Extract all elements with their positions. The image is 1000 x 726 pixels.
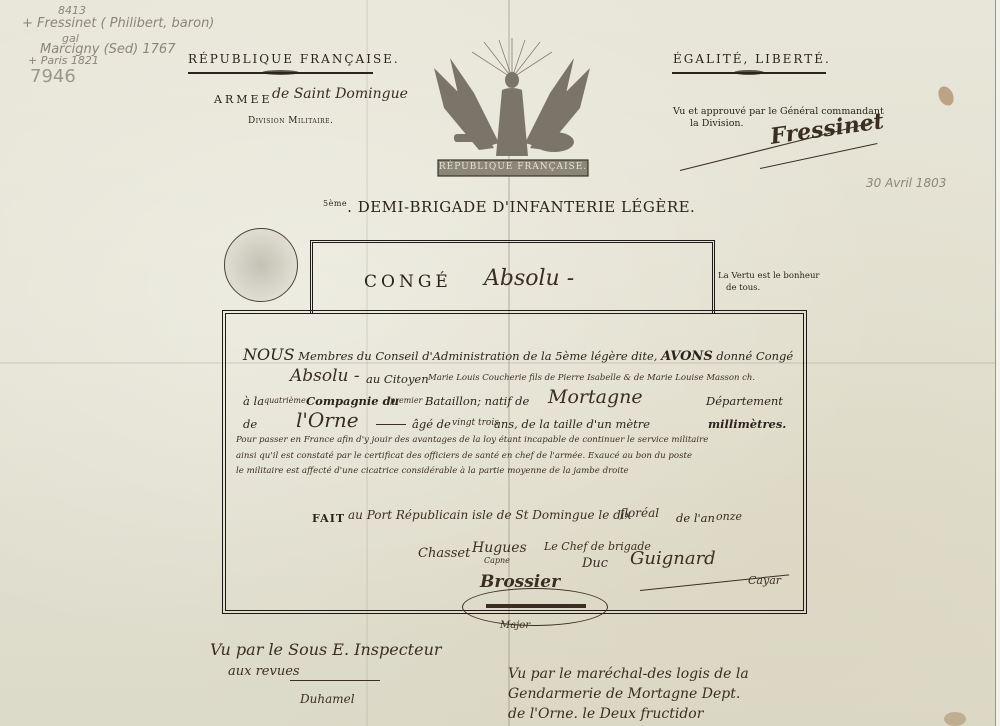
unit-number: 5ème [323,199,347,208]
document-paper: 8413 + Fressinet ( Philibert, baron) gal… [0,0,1000,726]
avons-word: AVONS [661,349,713,364]
absolu-handwritten: Absolu - [290,366,360,386]
taille-label: ans, de la taille d'un mètre [494,417,650,431]
citizen-name-handwritten: Marie Louis Coucherie fils de Pierre Isa… [428,373,755,383]
reason-line-2: ainsi qu'il est constaté par le certific… [236,451,692,461]
bataillon-label: Bataillon; natif de [425,394,529,408]
motto-line-2: de tous. [726,283,760,293]
archive-name: + Fressinet ( Philibert, baron) [22,16,214,31]
de-label: de [243,417,257,431]
liberty-figure-icon [424,38,600,178]
de-lan-label: de l'an [676,511,715,525]
au-citoyen-label: au Citoyen [366,372,429,386]
conge-type-handwritten: Absolu - [484,266,574,291]
departement-label: Département [706,394,783,408]
ink-stain [944,712,966,726]
official-seal [224,228,298,302]
intro-text: Membres du Conseil d'Administration de l… [298,349,657,363]
armee-label: ARMEE [214,93,273,106]
approval-line-2: la Division. [690,118,744,129]
signature-5: Guignard [630,548,716,569]
reason-line-1: Pour passer en France afin d'y jouir des… [236,435,708,445]
compagnie-label: Compagnie du [306,394,399,408]
millimetres-label: millimètres. [708,417,786,431]
motto-line-1: La Vertu est le bonheur [718,271,820,281]
company-handwritten: quatrième [264,396,306,405]
department-handwritten: l'Orne [296,408,359,432]
conge-label: CONGÉ [364,272,452,292]
archive-date-note: 30 Avril 1803 [866,176,946,190]
annotation-right-line-2: Gendarmerie de Mortagne Dept. [508,686,740,702]
battalion-handwritten: premier [390,396,422,405]
unit-title: 5ème. DEMI-BRIGADE D'INFANTERIE LÉGÈRE. [323,198,695,216]
unit-title-text: . DEMI-BRIGADE D'INFANTERIE LÉGÈRE. [347,198,695,216]
donne-text: donné Congé [716,349,793,363]
body-line-1: NOUS Membres du Conseil d'Administration… [243,345,793,364]
a-la-label: à la [243,394,264,408]
division-label: Division Militaire. [248,116,333,126]
native-place-handwritten: Mortagne [548,386,643,408]
age-handwritten: vingt trois [452,418,499,428]
fait-month-handwritten: floréal [620,506,659,520]
signature-1: Chasset [418,546,470,561]
emblem-caption: RÉPUBLIQUE FRANÇAISE. [438,162,588,172]
reason-line-3: le militaire est affecté d'une cicatrice… [236,466,629,476]
header-left-title: RÉPUBLIQUE FRANÇAISE. [188,52,400,66]
signature-4: Duc [582,556,608,571]
fill-line [376,424,406,425]
decorative-rule [672,72,826,74]
annotation-right-line-3: de l'Orne. le Deux fructidor [508,706,703,722]
annotation-left-signature: Duhamel [300,692,355,706]
armee-value-handwritten: de Saint Domingue [272,86,408,102]
decorative-rule [188,72,373,74]
signature-paraph-stroke [486,604,586,608]
archive-catalog-number: 7946 [30,66,76,87]
signature-2-title: Capne [484,556,510,565]
paper-edge [995,0,1000,726]
ink-stain [935,84,956,108]
republic-emblem: RÉPUBLIQUE FRANÇAISE. [424,38,600,178]
annotation-right-line-1: Vu par le maréchal-des logis de la [508,666,749,682]
year-handwritten: onze [716,510,742,523]
annotation-underline [290,680,380,681]
nous-word: NOUS [243,345,295,364]
age-label: âgé de [412,417,451,431]
fait-label: FAIT [312,512,345,525]
annotation-left-line-2: aux revues [228,664,300,679]
header-right-title: ÉGALITÉ, LIBERTÉ. [673,52,831,66]
signature-8: Major [500,620,530,631]
fait-place-handwritten: au Port Républicain isle de St Domingue … [348,508,631,522]
annotation-left-line-1: Vu par le Sous E. Inspecteur [210,640,442,659]
signature-2: Hugues [472,540,527,556]
